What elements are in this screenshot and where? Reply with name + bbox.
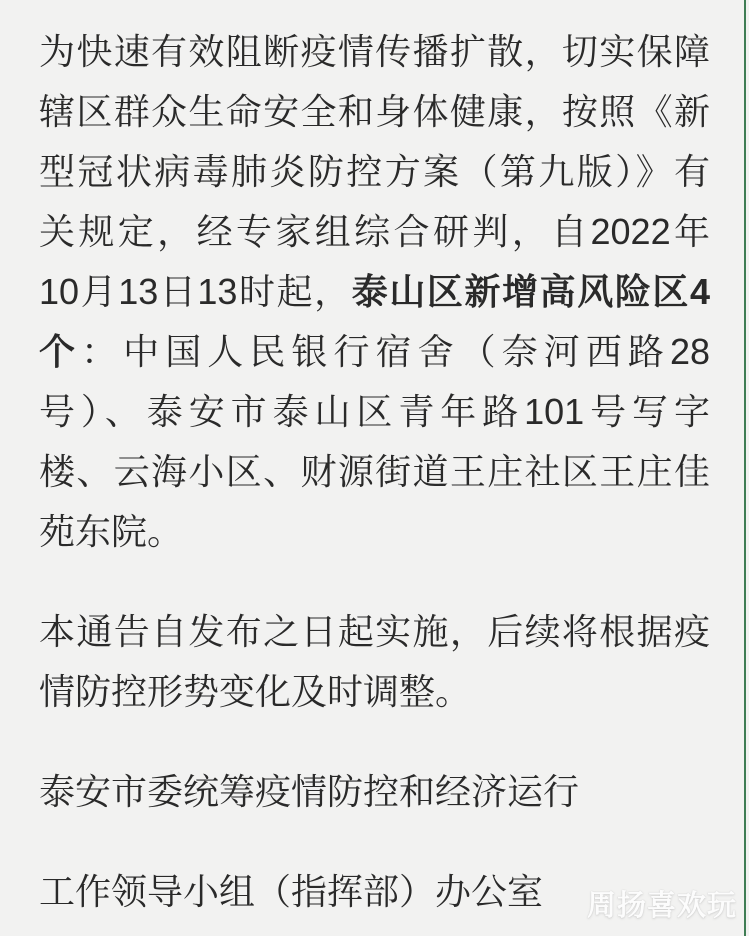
text-line: 型冠状病毒肺炎防控方案（第九版）》有 [39, 142, 710, 202]
paragraph: 为快速有效阻断疫情传播扩散，切实保障辖区群众生命安全和身体健康，按照《新型冠状病… [39, 22, 710, 562]
text-line: 关规定，经专家组综合研判，自2022年 [39, 202, 710, 262]
text-segment: 情防控形势变化及时调整。 [39, 671, 471, 712]
bold-text-segment: 泰山区新增高风险区4 [352, 271, 710, 312]
text-line: 泰安市委统筹疫情防控和经济运行 [39, 762, 710, 822]
right-edge-green-line [744, 0, 746, 936]
text-segment: 工作领导小组（指挥部）办公室 [39, 871, 543, 912]
text-segment: 辖区群众生命安全和身体健康，按照《新 [39, 91, 710, 132]
text-line: 号）、泰安市泰山区青年路101号写字 [39, 382, 710, 442]
text-line: 辖区群众生命安全和身体健康，按照《新 [39, 82, 710, 142]
text-segment: 楼、云海小区、财源街道王庄社区王庄佳 [39, 451, 710, 492]
text-segment: 号）、泰安市泰山区青年路101号写字 [39, 391, 710, 432]
text-line: 苑东院。 [39, 502, 710, 562]
text-segment: 关规定，经专家组综合研判，自2022年 [39, 211, 710, 252]
text-line: 为快速有效阻断疫情传播扩散，切实保障 [39, 22, 710, 82]
text-line: 个：中国人民银行宿舍（奈河西路28 [39, 322, 710, 382]
document-body: 为快速有效阻断疫情传播扩散，切实保障辖区群众生命安全和身体健康，按照《新型冠状病… [0, 0, 749, 922]
text-segment: 本通告自发布之日起实施，后续将根据疫 [39, 611, 710, 652]
text-line: 楼、云海小区、财源街道王庄社区王庄佳 [39, 442, 710, 502]
paragraph: 泰安市委统筹疫情防控和经济运行 [39, 762, 710, 822]
announcement-screenshot: 为快速有效阻断疫情传播扩散，切实保障辖区群众生命安全和身体健康，按照《新型冠状病… [0, 0, 749, 936]
text-line: 10月13日13时起，泰山区新增高风险区4 [39, 262, 710, 322]
text-line: 情防控形势变化及时调整。 [39, 662, 710, 722]
watermark: 周扬喜欢玩 [587, 883, 737, 924]
text-segment: 型冠状病毒肺炎防控方案（第九版）》有 [39, 151, 710, 192]
text-segment: 10月13日13时起， [39, 271, 352, 312]
text-segment: 泰安市委统筹疫情防控和经济运行 [39, 771, 579, 812]
text-segment: 苑东院。 [39, 511, 183, 552]
text-segment: ：中国人民银行宿舍（奈河西路28 [81, 331, 710, 372]
paragraph: 本通告自发布之日起实施，后续将根据疫情防控形势变化及时调整。 [39, 602, 710, 722]
bold-text-segment: 个 [39, 331, 81, 372]
text-segment: 为快速有效阻断疫情传播扩散，切实保障 [39, 31, 710, 72]
text-line: 本通告自发布之日起实施，后续将根据疫 [39, 602, 710, 662]
